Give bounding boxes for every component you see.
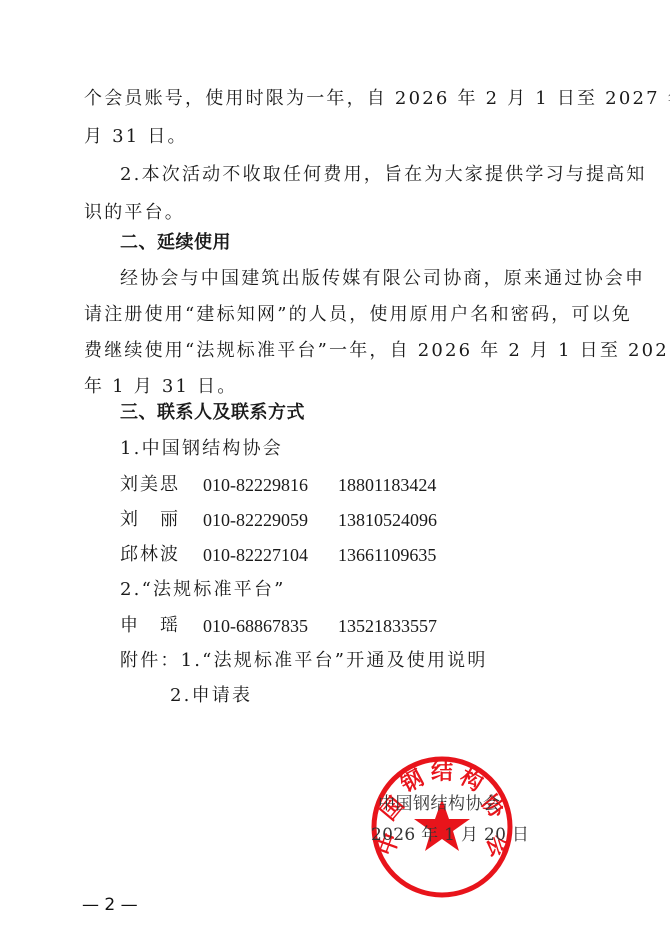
contact-name: 申 瑶 <box>120 613 180 639</box>
contact-group-title: 1.中国钢结构协会 <box>120 436 640 462</box>
paragraph-line: 经协会与中国建筑出版传媒有限公司协商，原来通过协会申 <box>120 266 640 292</box>
paragraph-line: 识的平台。 <box>84 200 604 226</box>
contact-mobile: 13521833557 <box>338 613 437 639</box>
contact-telephone: 010-82229816 <box>203 472 308 498</box>
section-heading-contacts: 三、联系人及联系方式 <box>120 400 640 426</box>
attachments-line: 附件：1.“法规标准平台”开通及使用说明 <box>120 648 640 674</box>
contact-name: 邱林波 <box>120 542 180 568</box>
paragraph-line: 请注册使用“建标知网”的人员，使用原用户名和密码，可以免 <box>84 302 604 328</box>
contact-telephone: 010-82227104 <box>203 542 308 568</box>
signature-date: 2026 年 1 月 20 日 <box>371 824 529 846</box>
contact-telephone: 010-82229059 <box>203 507 308 533</box>
svg-text:结: 结 <box>431 760 453 785</box>
paragraph-line: 个会员账号，使用时限为一年，自 2026 年 2 月 1 日至 2027 年 1 <box>84 86 604 112</box>
paragraph-line: 2.本次活动不收取任何费用，旨在为大家提供学习与提高知 <box>120 162 640 188</box>
paragraph-line: 年 1 月 31 日。 <box>84 374 604 400</box>
page-number: — 2 — <box>82 895 138 915</box>
contact-name: 刘 丽 <box>120 507 180 533</box>
contact-mobile: 13810524096 <box>338 507 437 533</box>
contact-mobile: 18801183424 <box>338 472 436 498</box>
contact-name: 刘美思 <box>120 472 180 498</box>
section-heading-continued-use: 二、延续使用 <box>120 230 640 256</box>
svg-text:构: 构 <box>456 764 488 797</box>
signature-organization: 中国钢结构协会 <box>378 793 501 815</box>
paragraph-line: 费继续使用“法规标准平台”一年，自 2026 年 2 月 1 日至 2027 <box>84 338 604 364</box>
contact-telephone: 010-68867835 <box>203 613 308 639</box>
contact-mobile: 13661109635 <box>338 542 436 568</box>
attachments-line: 2.申请表 <box>170 683 670 709</box>
contact-group-title: 2.“法规标准平台” <box>120 577 640 603</box>
paragraph-line: 月 31 日。 <box>84 124 604 150</box>
